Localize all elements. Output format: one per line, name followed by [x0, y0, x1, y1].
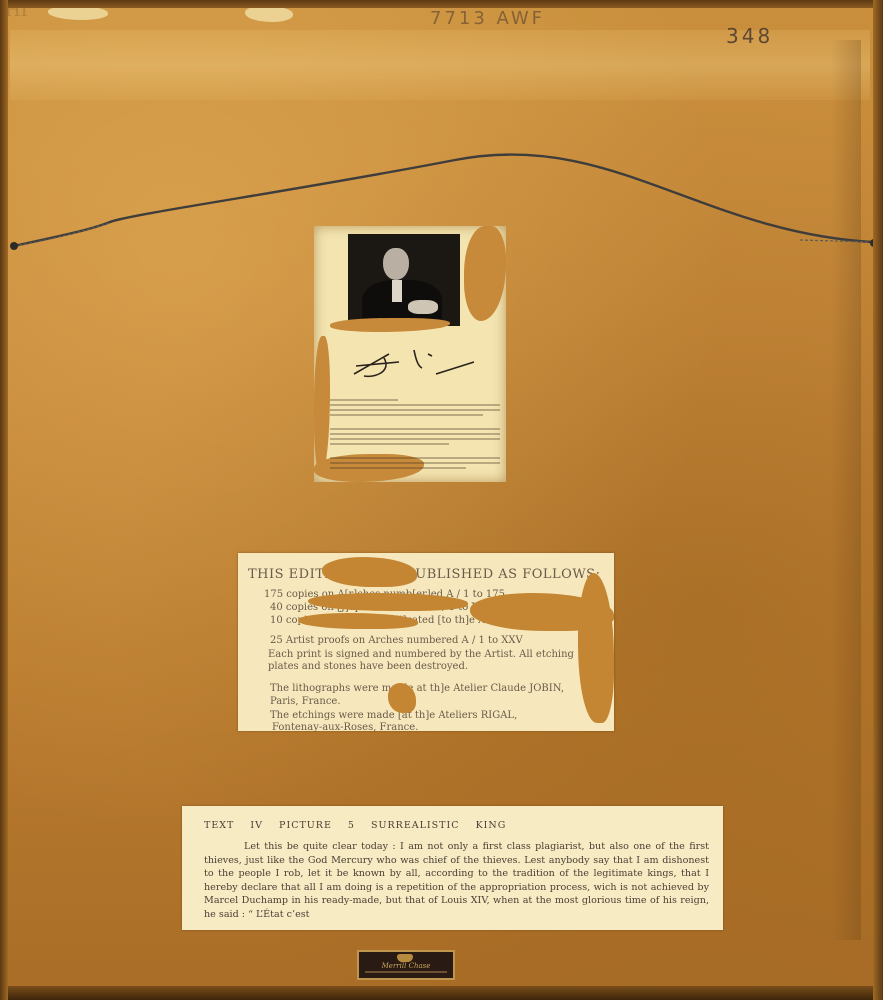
artwork-backing: 7713 AWF 348 'HI' THIS EDITIO[N WAS P: [0, 0, 883, 1000]
quote-body: Let this be quite clear today : I am not…: [204, 840, 709, 921]
gallery-plaque: Merrill Chase: [357, 950, 455, 980]
edition-line: Paris, France.: [270, 696, 341, 707]
frame-edge: [0, 0, 8, 1000]
paper-damage: [298, 613, 418, 629]
edition-line: plates and stones have been destroyed.: [268, 661, 468, 672]
crest-icon: [397, 954, 413, 962]
artist-signature: [344, 344, 484, 384]
paper-damage: [322, 557, 417, 587]
text-number: TEXT IV: [204, 820, 263, 831]
edition-line: Each print is signed and numbered by the…: [268, 649, 574, 660]
edition-line: The lithographs were ma[de at th]e Ateli…: [270, 683, 564, 694]
paper-damage: [330, 318, 450, 332]
paper-damage: [464, 226, 506, 321]
biography-text: [330, 396, 500, 472]
picture-number: PICTURE 5: [279, 820, 355, 831]
artist-photo: [348, 234, 460, 326]
edition-title: THIS EDITIO[N WAS P]UBLISHED AS FOLLOWS:: [248, 567, 600, 582]
paper-damage: [314, 336, 330, 476]
edition-line: Fontenay-aux-Roses, France.: [272, 722, 418, 733]
quote-label: TEXT IV PICTURE 5 SURREALISTIC KING Let …: [182, 806, 723, 930]
edition-label: THIS EDITIO[N WAS P]UBLISHED AS FOLLOWS:…: [238, 553, 614, 731]
edition-line: 25 Artist proofs on Arches numbered A / …: [270, 635, 523, 646]
edition-line: The etchings were made [at th]e Ateliers…: [270, 710, 517, 721]
quote-text: Let this be quite clear today : I am not…: [204, 840, 709, 921]
frame-edge: [873, 0, 883, 1000]
gallery-name: Merrill Chase: [359, 962, 453, 970]
picture-title: SURREALISTIC KING: [371, 820, 506, 831]
paper-damage: [578, 573, 614, 723]
quote-header: TEXT IV PICTURE 5 SURREALISTIC KING: [204, 820, 506, 831]
frame-edge: [0, 0, 883, 8]
artist-photo-card: [314, 226, 506, 482]
screw-eye-left: [10, 242, 18, 250]
frame-edge: [0, 986, 883, 1000]
